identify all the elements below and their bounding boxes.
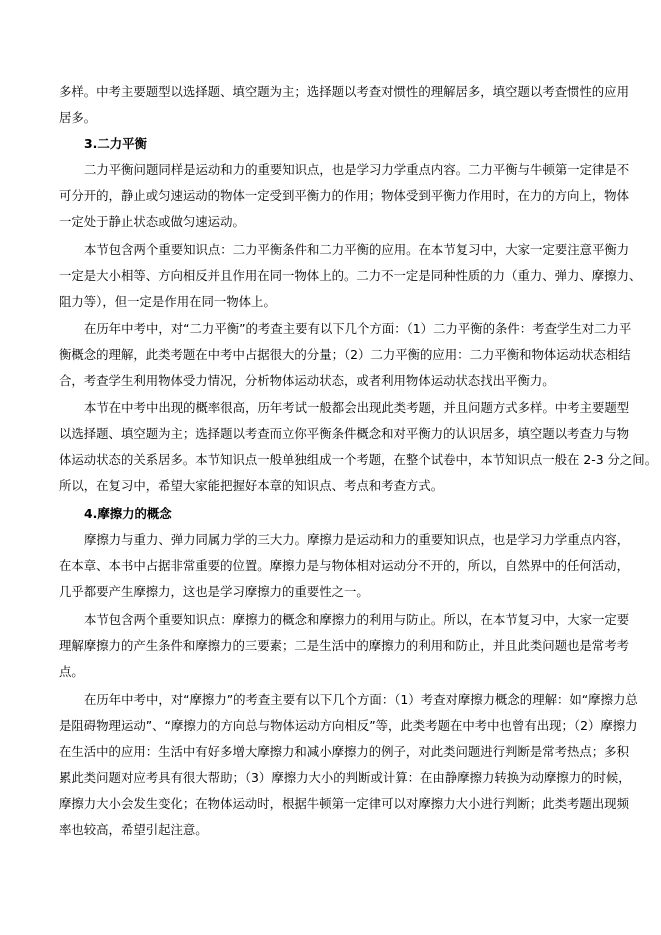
paragraph-line: 率也较高，希望引起注意。 <box>59 822 599 838</box>
paragraph-line: 是阻碍物理运动”、“摩擦力的方向总与物体运动方向相反”等，此类考题在中考中也曾有… <box>59 718 599 734</box>
paragraph-line: 阻力等），但一定是作用在同一物体上。 <box>59 294 599 310</box>
heading-text: 4.摩擦力的概念 <box>84 506 599 522</box>
paragraph-line: 可分开的，静止或匀速运动的物体一定受到平衡力的作用；物体受到平衡力作用时，在力的… <box>59 188 599 204</box>
paragraph-line: 几乎都要产生摩擦力，这也是学习摩擦力的重要性之一。 <box>59 584 599 600</box>
paragraph-line: 本节包含两个重要知识点：二力平衡条件和二力平衡的应用。在本节复习中，大家一定要注… <box>84 242 599 258</box>
paragraph-line: 理解摩擦力的产生条件和摩擦力的三要素；二是生活中的摩擦力的利用和防止，并且此类问… <box>59 638 599 654</box>
paragraph-line: 在历年中考中，对“二力平衡”的考查主要有以下几个方面：（1）二力平衡的条件：考查… <box>84 321 599 337</box>
paragraph-line: 本节包含两个重要知识点：摩擦力的概念和摩擦力的利用与防止。所以，在本节复习中，大… <box>84 612 599 628</box>
paragraph-line: 体运动状态的关系居多。本节知识点一般单独组成一个考题，在整个试卷中，本节知识点一… <box>59 452 599 468</box>
paragraph-line: 以选择题、填空题为主；选择题以考查而立你平衡条件概念和对平衡力的认识居多，填空题… <box>59 426 599 442</box>
paragraph-line: 摩擦力与重力、弹力同属力学的三大力。摩擦力是运动和力的重要知识点，也是学习力学重… <box>84 532 599 548</box>
paragraph-line: 一定处于静止状态或做匀速运动。 <box>59 214 599 230</box>
paragraph-line: 多样。中考主要题型以选择题、填空题为主；选择题以考查对惯性的理解居多，填空题以考… <box>59 84 599 100</box>
paragraph-line: 二力平衡问题同样是运动和力的重要知识点，也是学习力学重点内容。二力平衡与牛顿第一… <box>84 162 599 178</box>
paragraph-line: 摩擦力大小会发生变化；在物体运动时，根据牛顿第一定律可以对摩擦力大小进行判断；此… <box>59 796 599 812</box>
heading-text: 3.二力平衡 <box>84 136 599 152</box>
paragraph-line: 一定是大小相等、方向相反并且作用在同一物体上的。二力不一定是同种性质的力（重力、… <box>59 268 599 284</box>
paragraph-line: 居多。 <box>59 110 599 126</box>
paragraph-line: 在本章、本书中占据非常重要的位置。摩擦力是与物体相对运动分不开的，所以，自然界中… <box>59 558 599 574</box>
paragraph-line: 衡概念的理解，此类考题在中考中占据很大的分量；（2）二力平衡的应用：二力平衡和物… <box>59 347 599 363</box>
paragraph-line: 本节在中考中出现的概率很高，历年考试一般都会出现此类考题，并且问题方式多样。中考… <box>84 400 599 416</box>
paragraph-line: 所以，在复习中，希望大家能把握好本章的知识点、考点和考查方式。 <box>59 478 599 494</box>
paragraph-line: 在历年中考中，对“摩擦力”的考查主要有以下几个方面：（1）考查对摩擦力概念的理解… <box>84 692 599 708</box>
paragraph-line: 累此类问题对应考具有很大帮助；（3）摩擦力大小的判断或计算：在由静摩擦力转换为动… <box>59 770 599 786</box>
document-page: 多样。中考主要题型以选择题、填空题为主；选择题以考查对惯性的理解居多，填空题以考… <box>0 0 661 935</box>
paragraph-line: 在生活中的应用：生活中有好多增大摩擦力和减小摩擦力的例子，对此类问题进行判断是常… <box>59 744 599 760</box>
paragraph-line: 点。 <box>59 664 599 680</box>
paragraph-line: 合，考查学生利用物体受力情况，分析物体运动状态，或者利用物体运动状态找出平衡力。 <box>59 373 599 389</box>
